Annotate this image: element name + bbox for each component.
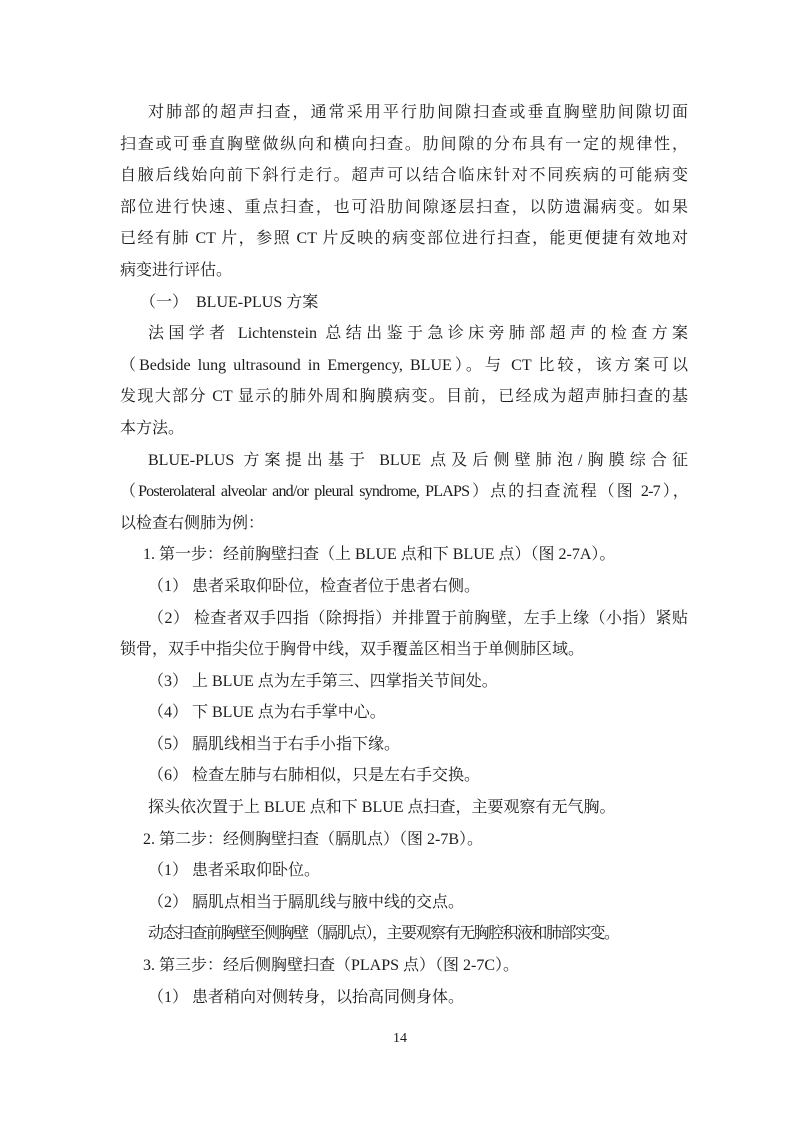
- list-item-line: （4） 下 BLUE 点为右手掌中心。: [120, 697, 688, 729]
- paragraph-line: （Posterolateral alveolar and/or pleural …: [120, 476, 688, 508]
- paragraph-line: 自腋后线始向前下斜行走行。超声可以结合临床针对不同疾病的可能病变: [120, 160, 688, 192]
- step-line: 1. 第一步：经前胸壁扫查（上 BLUE 点和下 BLUE 点）（图 2-7A）…: [120, 539, 688, 571]
- list-item-line: （1） 患者稍向对侧转身，以抬高同侧身体。: [120, 982, 688, 1014]
- list-item-line: （5） 膈肌线相当于右手小指下缘。: [120, 729, 688, 761]
- list-item-line: （6） 检查左肺与右肺相似，只是左右手交换。: [120, 760, 688, 792]
- paragraph-line: BLUE-PLUS 方案提出基于 BLUE 点及后侧壁肺泡/胸膜综合征: [120, 445, 688, 477]
- list-item-line: （1） 患者采取仰卧位。: [120, 855, 688, 887]
- paragraph-line: 对肺部的超声扫查，通常采用平行肋间隙扫查或垂直胸壁肋间隙切面: [120, 97, 688, 129]
- section-heading: （一） BLUE-PLUS 方案: [120, 287, 688, 319]
- paragraph-line: 部位进行快速、重点扫查，也可沿肋间隙逐层扫查，以防遗漏病变。如果: [120, 192, 688, 224]
- list-item-line: （1） 患者采取仰卧位，检查者位于患者右侧。: [120, 571, 688, 603]
- document-page: 对肺部的超声扫查，通常采用平行肋间隙扫查或垂直胸壁肋间隙切面 扫查或可垂直胸壁做…: [0, 0, 800, 1131]
- list-item-line: （2） 检查者双手四指（除拇指）并排置于前胸壁，左手上缘（小指）紧贴: [120, 603, 688, 635]
- page-number: 14: [0, 1030, 800, 1048]
- list-item-line: （3） 上 BLUE 点为左手第三、四掌指关节间处。: [120, 666, 688, 698]
- paragraph-line: 发现大部分 CT 显示的肺外周和胸膜病变。目前，已经成为超声肺扫查的基: [120, 381, 688, 413]
- step-line: 3. 第三步：经后侧胸壁扫查（PLAPS 点）（图 2-7C）。: [120, 950, 688, 982]
- step-line: 2. 第二步：经侧胸壁扫查（膈肌点）（图 2-7B）。: [120, 824, 688, 856]
- list-item-line: （2） 膈肌点相当于膈肌线与腋中线的交点。: [120, 887, 688, 919]
- paragraph-line: 已经有肺 CT 片，参照 CT 片反映的病变部位进行扫查，能更便捷有效地对: [120, 223, 688, 255]
- paragraph-line: 扫查或可垂直胸壁做纵向和横向扫查。肋间隙的分布具有一定的规律性，: [120, 129, 688, 161]
- paragraph-line: 本方法。: [120, 413, 688, 445]
- paragraph-line: 锁骨，双手中指尖位于胸骨中线，双手覆盖区相当于单侧肺区域。: [120, 634, 688, 666]
- document-body: 对肺部的超声扫查，通常采用平行肋间隙扫查或垂直胸壁肋间隙切面 扫查或可垂直胸壁做…: [120, 97, 688, 1013]
- paragraph-line: 病变进行评估。: [120, 255, 688, 287]
- paragraph-line: 以检查右侧肺为例：: [120, 508, 688, 540]
- paragraph-line: 法国学者 Lichtenstein 总结出鉴于急诊床旁肺部超声的检查方案: [120, 318, 688, 350]
- paragraph-line: 动态扫查前胸壁至侧胸壁（膈肌点），主要观察有无胸腔积液和肺部实变。: [120, 918, 688, 950]
- paragraph-line: （Bedside lung ultrasound in Emergency, B…: [120, 350, 688, 382]
- paragraph-line: 探头依次置于上 BLUE 点和下 BLUE 点扫查，主要观察有无气胸。: [120, 792, 688, 824]
